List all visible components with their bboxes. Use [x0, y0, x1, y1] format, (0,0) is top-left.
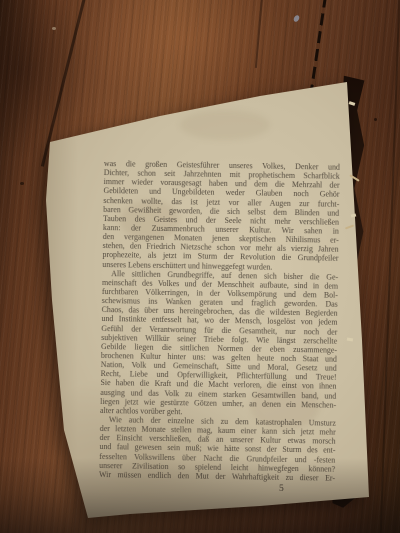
page-text-block: was die großen Geistesführer unseres Vol…: [99, 159, 340, 483]
page-number: 5: [279, 484, 284, 494]
book-page-wrap: was die großen Geistesführer unseres Vol…: [0, 0, 400, 533]
book-page: was die großen Geistesführer unseres Vol…: [0, 0, 400, 533]
photo-scene: was die großen Geistesführer unseres Vol…: [0, 0, 400, 533]
paper-blotch: [180, 110, 270, 140]
